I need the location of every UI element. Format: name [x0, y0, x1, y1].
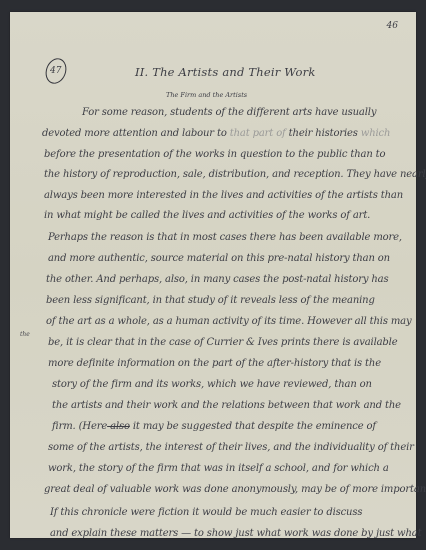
line-text: For some reason, students of the differe… — [82, 107, 376, 118]
line-text: some of the artists, the interest of the… — [48, 442, 414, 453]
faint-text: that part of — [227, 128, 286, 139]
line-text: the history of reproduction, sale, distr… — [44, 169, 426, 180]
text-line: great deal of valuable work was done ano… — [44, 484, 426, 496]
text-line: some of the artists, the interest of the… — [48, 442, 414, 454]
line-text: before the presentation of the works in … — [44, 149, 385, 160]
text-line: Perhaps the reason is that in most cases… — [48, 232, 402, 244]
circled-number-text: 47 — [50, 66, 61, 76]
text-line: more definite information on the part of… — [48, 358, 381, 370]
line-text: the artists and their work and the relat… — [52, 400, 401, 411]
line-text: be, it is clear that in the case of Curr… — [48, 337, 398, 348]
text-line: before the presentation of the works in … — [44, 149, 385, 161]
line-text: devoted more attention and labour to — [42, 128, 227, 139]
line-text: firm. (Here — [52, 421, 107, 432]
text-line: If this chronicle were fiction it would … — [50, 507, 362, 519]
line-text: more definite information on the part of… — [48, 358, 381, 369]
text-line: the other. And perhaps, also, in many ca… — [46, 274, 388, 286]
text-line: and explain these matters — to show just… — [50, 528, 421, 540]
page-number: 46 — [387, 21, 398, 31]
line-text: and more authentic, source material on t… — [48, 253, 390, 264]
line-text: and explain these matters — to show just… — [50, 528, 421, 539]
line-text-continued: their histories — [286, 128, 358, 139]
line-text: in what might be called the lives and ac… — [44, 210, 370, 221]
text-line: in what might be called the lives and ac… — [44, 210, 370, 222]
text-line: of the art as a whole, as a human activi… — [46, 316, 411, 328]
text-line: the artists and their work and the relat… — [52, 400, 401, 412]
faint-text: which — [358, 128, 391, 139]
line-text: great deal of valuable work was done ano… — [44, 484, 426, 495]
text-line: devoted more attention and labour to tha… — [42, 128, 390, 140]
line-text: the other. And perhaps, also, in many ca… — [46, 274, 388, 285]
line-text: story of the firm and its works, which w… — [52, 379, 372, 390]
line-text: been less significant, in that study of … — [46, 295, 375, 306]
text-line: story of the firm and its works, which w… — [52, 379, 372, 391]
chapter-title: II. The Artists and Their Work — [135, 65, 316, 79]
text-line: the history of reproduction, sale, distr… — [44, 169, 426, 181]
text-line: firm. (Here also it may be suggested tha… — [52, 421, 376, 433]
text-line: and more authentic, source material on t… — [48, 253, 390, 265]
margin-note: the — [20, 331, 30, 338]
text-line: been less significant, in that study of … — [46, 295, 375, 307]
text-line: be, it is clear that in the case of Curr… — [48, 337, 398, 349]
line-text: Perhaps the reason is that in most cases… — [48, 232, 402, 243]
line-text: of the art as a whole, as a human activi… — [46, 316, 411, 327]
text-line: work, the story of the firm that was in … — [48, 463, 389, 475]
line-text: If this chronicle were fiction it would … — [50, 507, 362, 518]
section-subtitle: The Firm and the Artists — [166, 91, 247, 99]
struck-text: also — [107, 421, 130, 432]
text-line: always been more interested in the lives… — [44, 190, 403, 202]
line-text: work, the story of the firm that was in … — [48, 463, 389, 474]
circled-page-number: 47 — [42, 55, 70, 86]
line-text: always been more interested in the lives… — [44, 190, 403, 201]
text-line: For some reason, students of the differe… — [82, 107, 376, 119]
manuscript-page: 46 47 II. The Artists and Their Work The… — [10, 12, 416, 538]
line-text-continued: it may be suggested that despite the emi… — [130, 421, 376, 432]
